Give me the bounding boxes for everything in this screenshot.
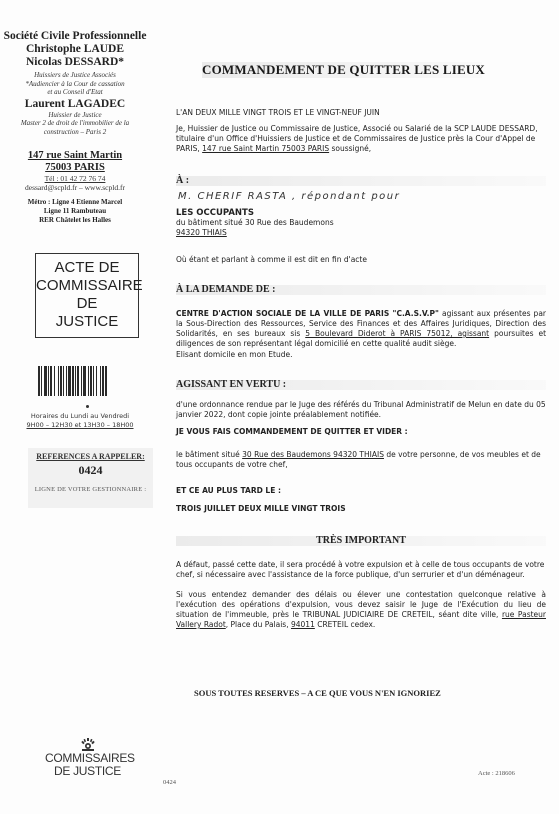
deadline-value: TROIS JUILLET DEUX MILLE VINGT TROIS <box>176 504 546 514</box>
reserves-line: SOUS TOUTES RESERVES – A CE QUE VOUS N'E… <box>194 688 441 698</box>
acte-type-box: ACTE DE COMMISSAIRE DE JUSTICE <box>35 253 139 338</box>
dot-marker <box>86 405 89 408</box>
acte-box-line-4: JUSTICE <box>36 313 138 331</box>
acting-text: d'une ordonnance rendue par le Juge des … <box>176 400 546 420</box>
logo-line-2: DE JUSTICE <box>45 765 130 778</box>
command-heading: JE VOUS FAIS COMMANDEMENT DE QUITTER ET … <box>176 427 546 437</box>
associate-subtitle-1: Huissier de Justice <box>0 111 150 120</box>
firm-partner-1: Christophe LAUDE <box>0 43 150 56</box>
references-label: REFERENCES A RAPPELER: <box>28 452 153 461</box>
important-p2-text-2: , Place du Palais, <box>226 620 291 629</box>
firm-name-line: Société Civile Professionnelle <box>0 30 150 43</box>
important-paragraph-1: A défaut, passé cette date, il sera proc… <box>176 560 546 580</box>
occupants-city: 94320 THIAIS <box>176 228 546 238</box>
acte-box-line-3: DE <box>36 295 138 313</box>
metro-line-2: Ligne 11 Rambuteau <box>0 207 150 216</box>
metro-line-3: RER Châtelet les Halles <box>0 216 150 225</box>
request-heading: À LA DEMANDE DE : <box>176 284 275 295</box>
command-paragraph: le bâtiment situé 30 Rue des Baudemons 9… <box>176 450 546 470</box>
requester-address: 5 Boulevard Diderot à PARIS 75012, agiss… <box>305 329 489 338</box>
acte-number: Acte : 218606 <box>478 770 515 777</box>
manager-line-label: LIGNE DE VOTRE GESTIONNAIRE : <box>28 486 153 493</box>
important-p2-text-3: CRETEIL cedex. <box>315 620 375 629</box>
date-line: L'AN DEUX MILLE VINGT TROIS ET LE VINGT-… <box>176 108 546 118</box>
to-heading-wrap: À : <box>176 176 546 186</box>
requester-name: CENTRE D'ACTION SOCIALE DE LA VILLE DE P… <box>176 309 439 318</box>
command-address: 30 Rue des Baudemons 94320 THIAIS <box>242 450 384 459</box>
barcode-icon <box>38 366 138 396</box>
firm-subtitle-3: et au Conseil d'Etat <box>0 88 150 97</box>
firm-partner-2: Nicolas DESSARD* <box>0 56 150 69</box>
requester-paragraph: CENTRE D'ACTION SOCIALE DE LA VILLE DE P… <box>176 309 546 349</box>
acte-box-line-1: ACTE DE <box>36 259 138 277</box>
hours-value: 9H00 – 12H30 et 13H30 – 18H00 <box>0 421 160 430</box>
reference-number: 0424 <box>28 463 153 478</box>
important-heading-wrap: TRÈS IMPORTANT <box>176 536 546 546</box>
logo-wordmark: COMMISSAIRES DE JUSTICE <box>45 752 130 778</box>
intro-paragraph: Je, Huissier de Justice ou Commissaire d… <box>176 124 546 154</box>
firm-header: Société Civile Professionnelle Christoph… <box>0 30 150 136</box>
email-website[interactable]: dessard@scpld.fr – www.scpld.fr <box>0 183 150 192</box>
occupants-block: LES OCCUPANTS du bâtiment situé 30 Rue d… <box>176 208 546 238</box>
acting-heading: AGISSANT EN VERTU : <box>176 379 286 390</box>
address-city: 75003 PARIS <box>0 162 150 174</box>
firm-contact: 147 rue Saint Martin 75003 PARIS Tél : 0… <box>0 150 150 225</box>
intro-text-2: soussigné, <box>329 144 371 153</box>
important-p2-zip: 94011 <box>291 620 315 629</box>
command-prefix: le bâtiment situé <box>176 450 242 459</box>
hours-label: Horaires du Lundi au Vendredi <box>0 412 160 421</box>
office-hours: Horaires du Lundi au Vendredi 9H00 – 12H… <box>0 412 160 430</box>
address-street: 147 rue Saint Martin <box>0 150 150 162</box>
occupants-prefix: du bâtiment situé <box>176 218 245 227</box>
firm-subtitle-2: *Audiencier à la Cour de cassation <box>0 80 150 89</box>
firm-subtitle-1: Huissiers de Justice Associés <box>0 71 150 80</box>
metro-line-1: Métro : Ligne 4 Etienne Marcel <box>0 198 150 207</box>
occupants-street: 30 Rue des Baudemons <box>245 218 334 227</box>
occupants-heading: LES OCCUPANTS <box>176 208 546 218</box>
intro-address: 147 rue Saint Martin 75003 PARIS <box>202 144 329 153</box>
handwritten-recipient: M. CHERIF RASTA , répondant pour <box>178 191 400 202</box>
document-title: COMMANDEMENT DE QUITTER LES LIEUX <box>202 62 482 78</box>
domicile-line: Elisant domicile en mon Etude. <box>176 350 546 360</box>
request-heading-wrap: À LA DEMANDE DE : <box>176 285 546 295</box>
to-heading: À : <box>176 175 189 186</box>
associate-subtitle-2: Master 2 de droit de l'immobilier de la <box>0 119 150 128</box>
associate-name: Laurent LAGADEC <box>0 98 150 111</box>
deadline-heading: ET CE AU PLUS TARD LE : <box>176 486 546 496</box>
where-line: Où étant et parlant à comme il est dit e… <box>176 255 546 265</box>
important-heading: TRÈS IMPORTANT <box>316 535 406 546</box>
acte-box-line-2: COMMISSAIRE <box>36 277 138 295</box>
footer-page-ref: 0424 <box>163 779 176 786</box>
occupants-address-line: du bâtiment situé 30 Rue des Baudemons <box>176 218 546 228</box>
references-box: REFERENCES A RAPPELER: 0424 LIGNE DE VOT… <box>28 448 153 508</box>
acting-heading-wrap: AGISSANT EN VERTU : <box>176 380 546 390</box>
associate-subtitle-3: construction – Paris 2 <box>0 128 150 137</box>
phone-number[interactable]: Tél : 01 42 72 76 74 <box>0 174 150 183</box>
important-p2-text-1: Si vous entendez demander des délais ou … <box>176 590 546 619</box>
important-paragraph-2: Si vous entendez demander des délais ou … <box>176 590 546 630</box>
